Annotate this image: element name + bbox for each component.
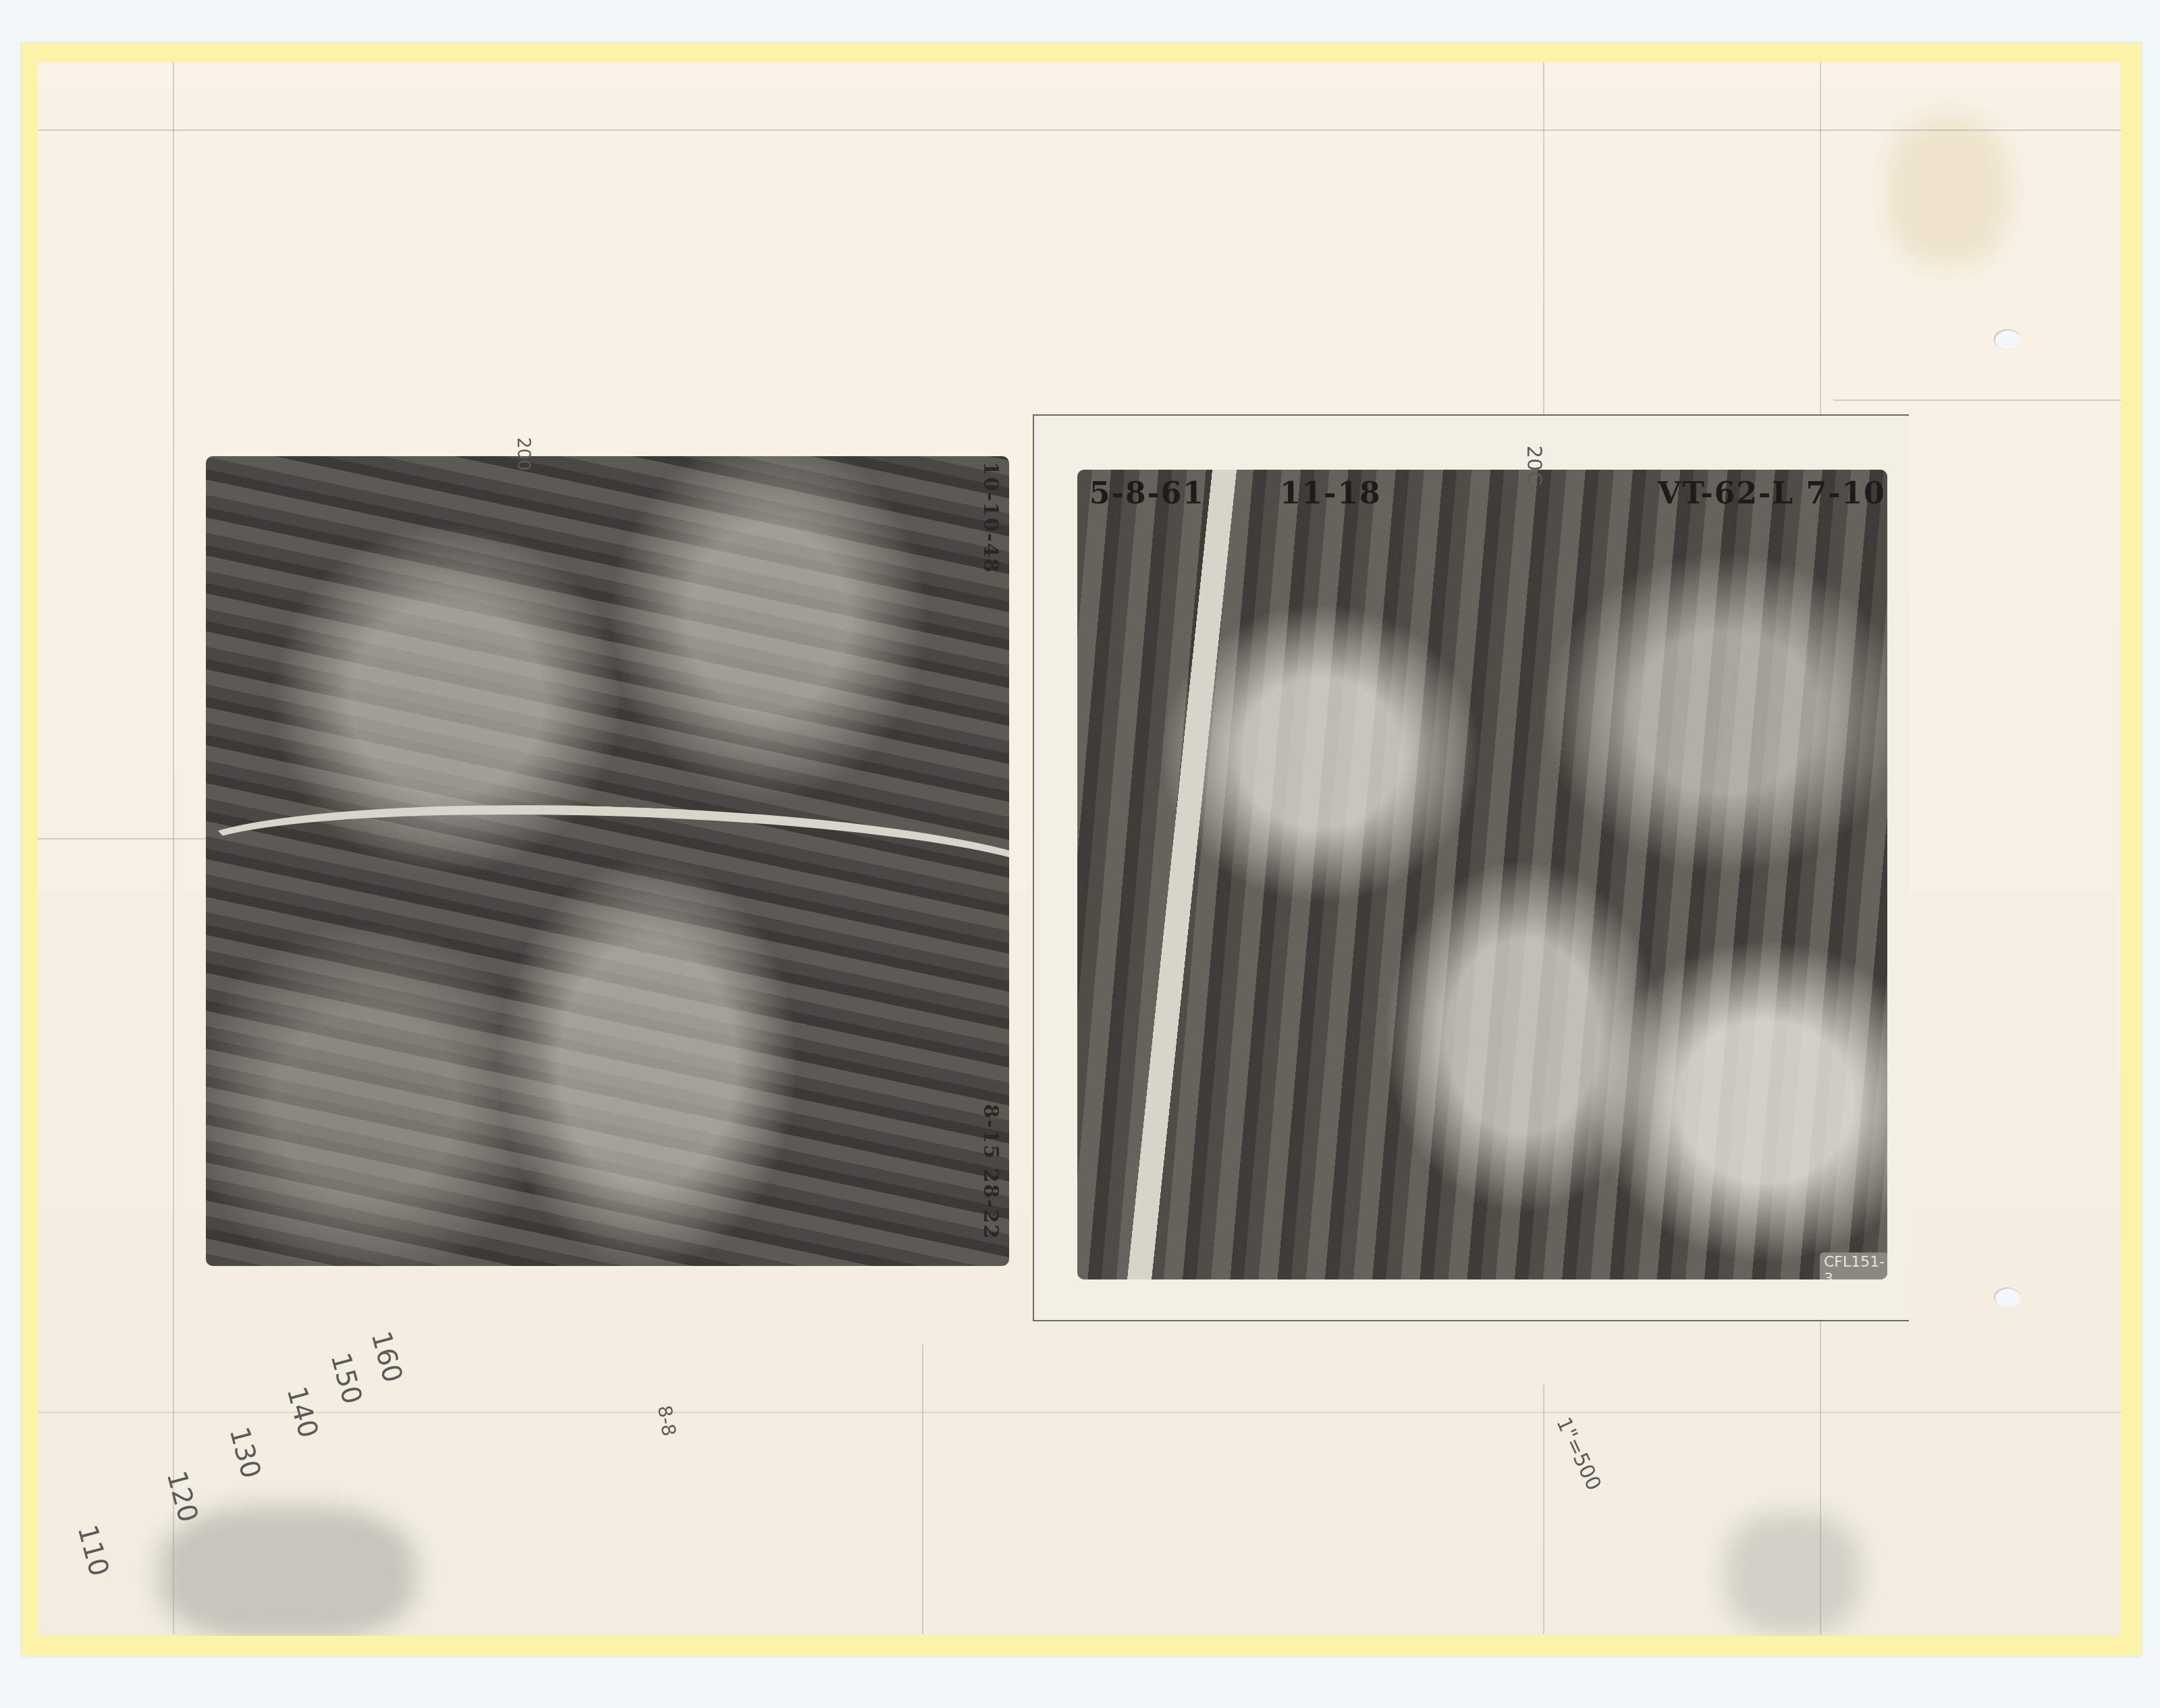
stain bbox=[1887, 116, 2009, 265]
grid-line bbox=[173, 62, 174, 1634]
punch-hole bbox=[1994, 1288, 2021, 1308]
photo-date-label: 5-8-61 bbox=[1089, 476, 1205, 511]
photo-mission-label: VT-62-L 7-10 bbox=[1658, 476, 1886, 511]
left-aerial-photo: 10-10-48 8-15 28-22 bbox=[206, 456, 1009, 1266]
photo-frame-label: 8-15 28-22 bbox=[979, 1104, 1002, 1240]
punch-hole bbox=[1994, 329, 2021, 350]
photo-time-label: 11-18 bbox=[1280, 476, 1382, 511]
stain bbox=[159, 1506, 416, 1636]
grid-line bbox=[922, 1344, 923, 1634]
grid-line bbox=[1543, 1385, 1544, 1634]
grid-line bbox=[38, 1412, 2121, 1413]
pencil-note: 20C bbox=[1522, 445, 1546, 485]
right-aerial-photo: 5-8-61 11-18 VT-62-L 7-10 CFL151-3 bbox=[1077, 470, 1887, 1279]
grid-line bbox=[38, 130, 2121, 131]
pencil-note: 200 bbox=[513, 437, 533, 471]
stain bbox=[1725, 1513, 1860, 1634]
photo-stamp: CFL151-3 bbox=[1820, 1252, 1887, 1279]
river bbox=[1109, 470, 1255, 1279]
grid-line bbox=[1833, 400, 2121, 401]
photo-date-label: 10-10-48 bbox=[979, 462, 1002, 574]
river bbox=[206, 792, 1009, 949]
